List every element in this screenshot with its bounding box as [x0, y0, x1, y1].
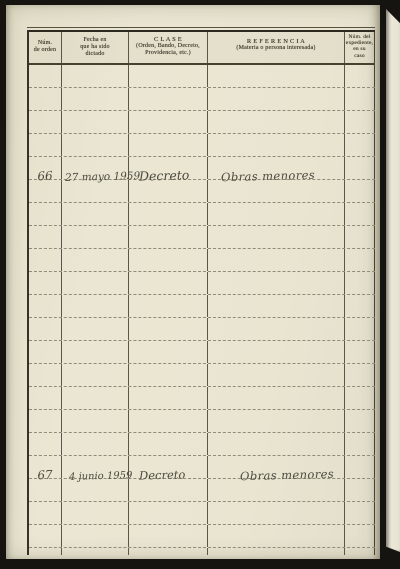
table-cell — [62, 249, 129, 271]
table-cell — [62, 203, 129, 225]
table-cell — [129, 226, 208, 248]
table-cell — [208, 502, 345, 524]
table-cell — [62, 410, 129, 432]
table-row — [29, 502, 375, 525]
table-cell — [62, 65, 129, 87]
table-cell — [29, 88, 62, 110]
table-cell — [208, 65, 345, 87]
table-cell — [29, 525, 62, 547]
table-cell — [29, 318, 62, 340]
table-row — [29, 410, 375, 433]
table-cell: 4 junio 1959 — [62, 456, 129, 478]
table-cell — [208, 433, 345, 455]
table-row — [29, 387, 375, 410]
table-cell — [29, 272, 62, 294]
table-cell — [29, 433, 62, 455]
table-cell — [345, 387, 375, 409]
table-cell — [29, 410, 62, 432]
table-cell — [129, 111, 208, 133]
table-cell — [345, 203, 375, 225]
handwritten-entry: Obras menores — [240, 467, 334, 483]
table-cell — [345, 180, 375, 202]
column-line-tails — [29, 548, 375, 555]
table-cell — [345, 272, 375, 294]
table-cell — [62, 88, 129, 110]
table-cell — [29, 111, 62, 133]
table-row — [29, 318, 375, 341]
table-cell — [345, 134, 375, 156]
table-cell — [29, 226, 62, 248]
table-cell — [345, 249, 375, 271]
handwritten-entry: Obras menores — [221, 168, 315, 184]
table-cell — [345, 433, 375, 455]
table-cell — [29, 203, 62, 225]
table-row — [29, 203, 375, 226]
table-cell — [62, 226, 129, 248]
table-cell — [345, 456, 375, 478]
table-cell — [208, 272, 345, 294]
table-cell — [129, 249, 208, 271]
header-clase: C L A S E (Orden, Bando, Decreto, Provid… — [129, 32, 208, 63]
table-row — [29, 134, 375, 157]
table-cell — [345, 157, 375, 179]
scanned-document: Núm. de orden Fecha en que ha sido dicta… — [0, 0, 400, 569]
table-cell — [345, 479, 375, 501]
table-body: 6627 mayo 1959DecretoObras menores674 ju… — [29, 65, 375, 548]
table-cell — [62, 134, 129, 156]
handwritten-entry: 27 mayo 1959 — [65, 170, 141, 184]
table-cell — [62, 318, 129, 340]
table-cell — [29, 295, 62, 317]
table-cell — [345, 341, 375, 363]
table-cell — [345, 525, 375, 547]
table-cell — [29, 249, 62, 271]
table-cell — [29, 387, 62, 409]
table-cell: Obras menores — [208, 456, 345, 478]
table-cell — [345, 111, 375, 133]
table-row — [29, 341, 375, 364]
table-cell — [62, 525, 129, 547]
table-cell — [29, 341, 62, 363]
handwritten-entry: 4 junio 1959 — [69, 470, 133, 483]
table-cell — [345, 502, 375, 524]
table-cell: Obras menores — [208, 157, 345, 179]
table-cell — [208, 479, 345, 501]
table-cell — [129, 88, 208, 110]
table-cell — [208, 525, 345, 547]
table-cell — [62, 295, 129, 317]
handwritten-entry: Decreto — [139, 167, 190, 183]
table-row — [29, 272, 375, 295]
table-cell — [62, 111, 129, 133]
table-cell — [129, 364, 208, 386]
column-tail — [208, 548, 345, 555]
ledger-page: Núm. de orden Fecha en que ha sido dicta… — [6, 5, 380, 559]
table-cell — [208, 387, 345, 409]
table-row — [29, 295, 375, 318]
table-row: 6627 mayo 1959DecretoObras menores — [29, 157, 375, 180]
table-row — [29, 525, 375, 548]
table-cell — [129, 341, 208, 363]
table-cell — [62, 364, 129, 386]
table-cell — [129, 410, 208, 432]
table-cell — [29, 502, 62, 524]
table-cell — [345, 226, 375, 248]
table-cell — [129, 65, 208, 87]
adjacent-page-edge — [386, 9, 400, 552]
table-row — [29, 249, 375, 272]
table-cell — [62, 387, 129, 409]
table-cell — [29, 134, 62, 156]
table-cell — [62, 272, 129, 294]
table-cell: 66 — [29, 157, 62, 179]
column-tail — [129, 548, 208, 555]
table-cell: Decreto — [129, 456, 208, 478]
table-cell — [208, 88, 345, 110]
registry-table: Núm. de orden Fecha en que ha sido dicta… — [27, 30, 375, 555]
table-cell — [208, 134, 345, 156]
table-cell — [208, 226, 345, 248]
table-cell — [29, 479, 62, 501]
table-cell — [208, 410, 345, 432]
table-row — [29, 111, 375, 134]
header-fecha: Fecha en que ha sido dictado — [62, 32, 129, 63]
table-cell: 27 mayo 1959 — [62, 157, 129, 179]
header-referencia: R E F E R E N C I A (Materia o persona i… — [208, 32, 345, 63]
handwritten-entry: 67 — [37, 468, 53, 483]
table-cell — [208, 111, 345, 133]
table-cell — [345, 65, 375, 87]
table-header-row: Núm. de orden Fecha en que ha sido dicta… — [29, 30, 375, 65]
table-cell — [129, 295, 208, 317]
handwritten-entry: 66 — [37, 169, 53, 184]
table-cell — [345, 364, 375, 386]
table-cell — [129, 203, 208, 225]
table-row — [29, 65, 375, 88]
table-row: 674 junio 1959DecretoObras menores — [29, 456, 375, 479]
column-tail — [62, 548, 129, 555]
table-cell — [345, 295, 375, 317]
table-cell — [29, 364, 62, 386]
table-cell — [129, 387, 208, 409]
table-row — [29, 433, 375, 456]
table-cell — [29, 180, 62, 202]
table-cell — [129, 272, 208, 294]
table-cell — [208, 318, 345, 340]
table-row — [29, 364, 375, 387]
table-cell — [208, 341, 345, 363]
scan-background: { "table": { "headers": [ "Núm.\nde orde… — [0, 0, 400, 569]
table-cell: 67 — [29, 456, 62, 478]
column-tail — [345, 548, 375, 555]
column-tail — [29, 548, 62, 555]
table-cell — [345, 88, 375, 110]
table-cell — [129, 134, 208, 156]
table-cell — [345, 318, 375, 340]
table-cell — [29, 65, 62, 87]
table-cell — [208, 364, 345, 386]
table-cell: Decreto — [129, 157, 208, 179]
header-num-expediente: Núm. del expediente, en su caso — [345, 32, 375, 63]
table-cell — [62, 502, 129, 524]
handwritten-entry: Decreto — [139, 467, 186, 482]
table-cell — [129, 433, 208, 455]
table-cell — [208, 295, 345, 317]
table-cell — [208, 203, 345, 225]
table-cell — [208, 249, 345, 271]
table-row — [29, 88, 375, 111]
table-cell — [129, 502, 208, 524]
table-cell — [62, 433, 129, 455]
table-cell — [129, 525, 208, 547]
header-num-orden: Núm. de orden — [29, 32, 62, 63]
table-row — [29, 226, 375, 249]
table-cell — [129, 318, 208, 340]
table-cell — [345, 410, 375, 432]
table-cell — [62, 341, 129, 363]
